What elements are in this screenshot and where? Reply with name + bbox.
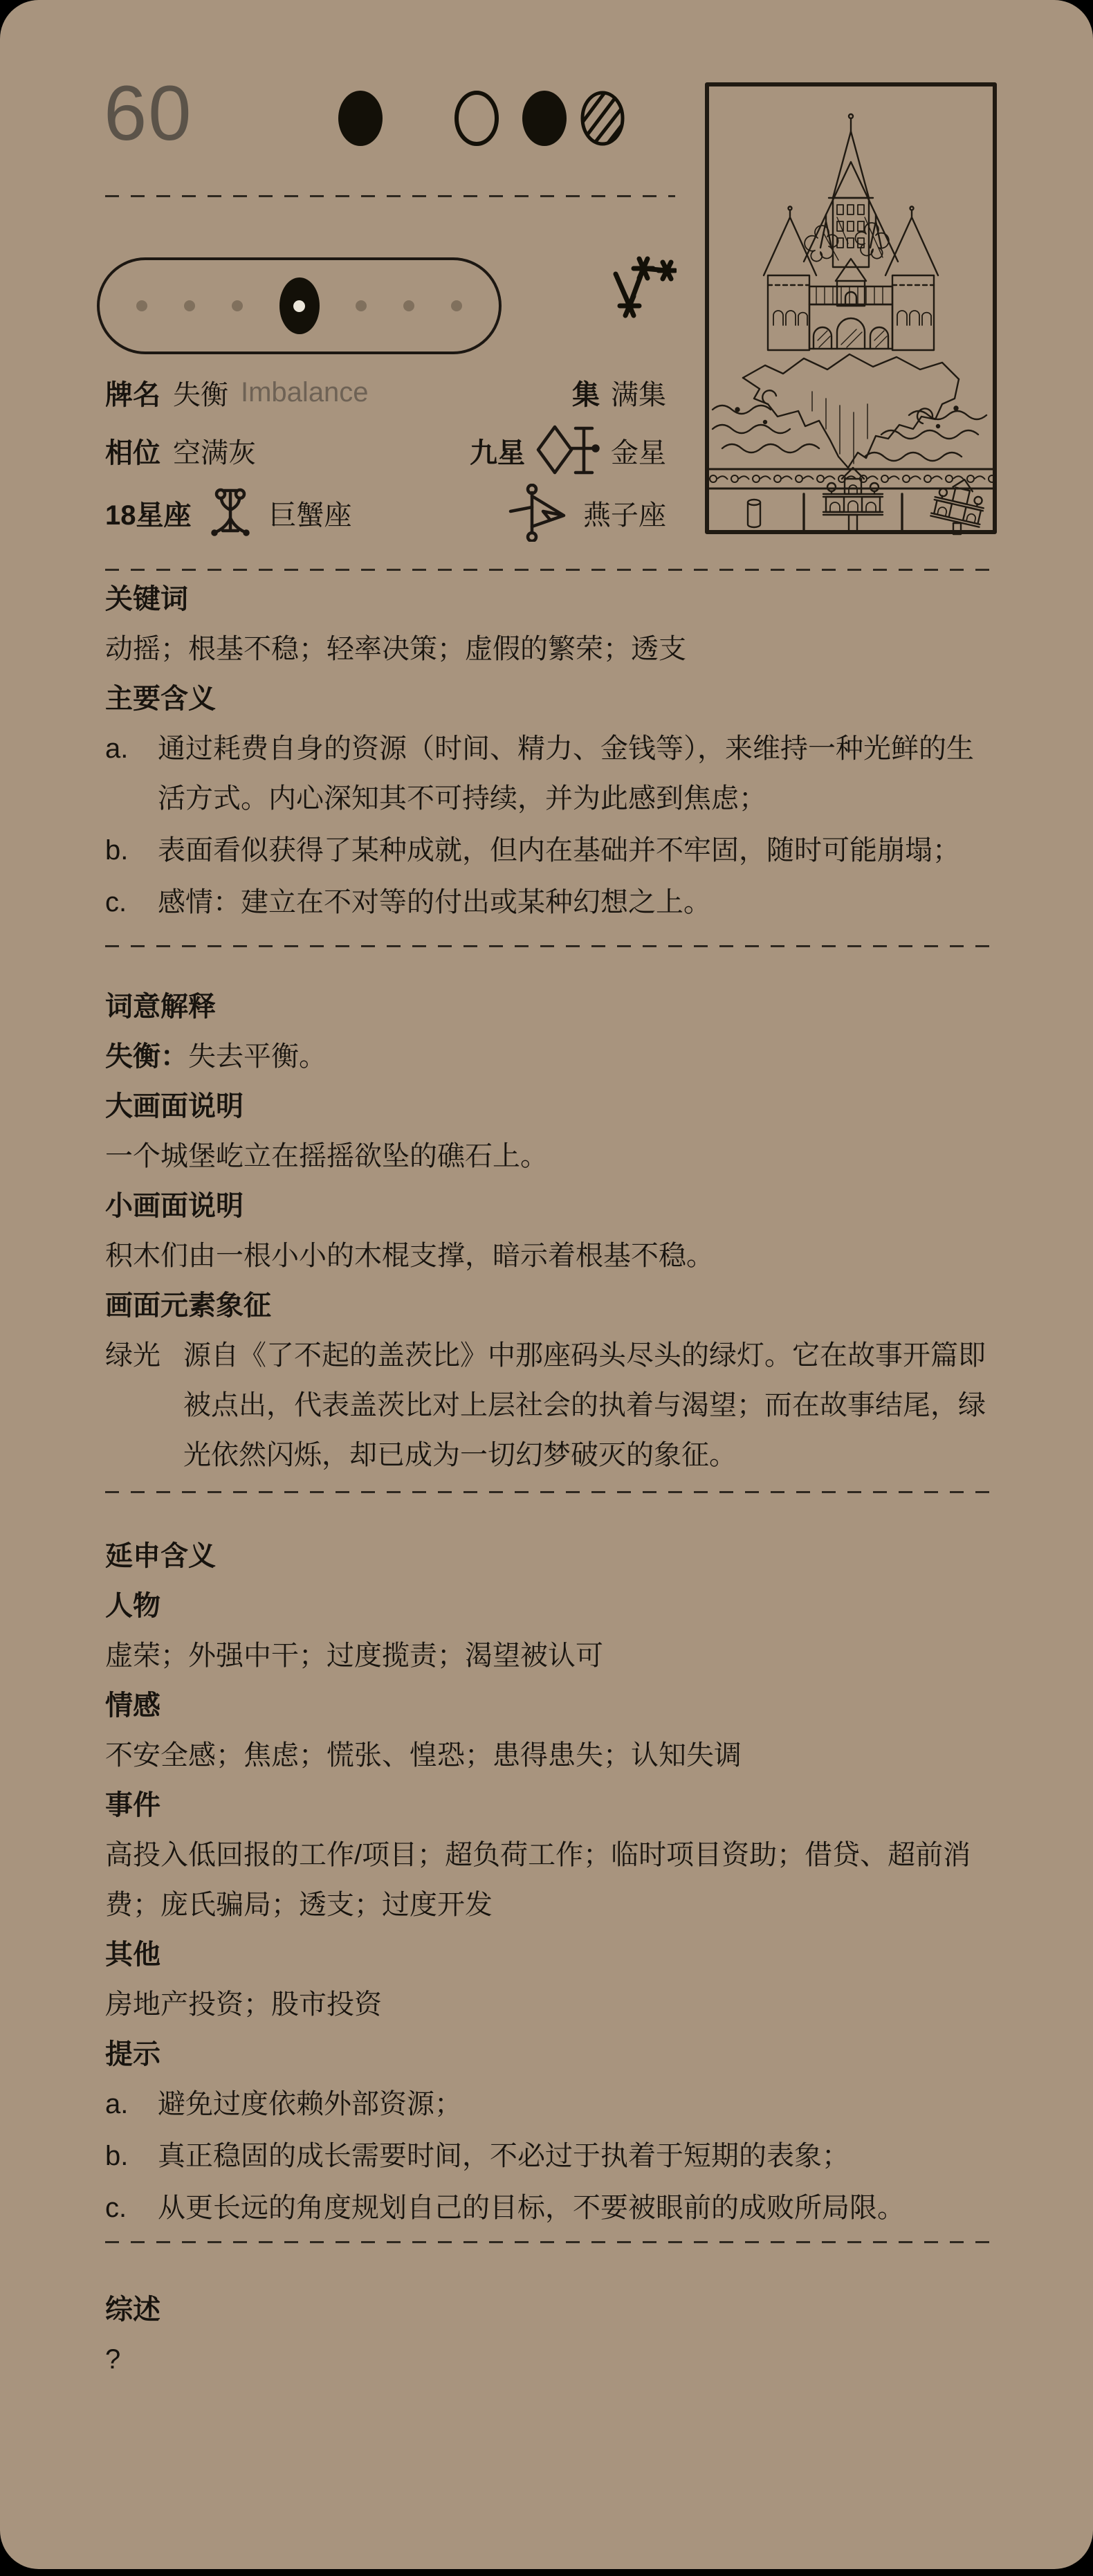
list-text: 从更长远的角度规划自己的目标，不要被眼前的成败所局限。 (158, 2183, 992, 2233)
outline-oval-icon (452, 89, 501, 148)
summary-body: ? (105, 2335, 992, 2384)
filled-oval-icon (336, 89, 385, 148)
list-text: 真正稳固的成长需要时间，不必过于执着于短期的表象； (158, 2131, 992, 2181)
progress-dot (136, 300, 147, 311)
list-item: a. 避免过度依赖外部资源； (105, 2079, 992, 2129)
list-marker: c. (105, 877, 158, 927)
hatched-oval-icon (578, 89, 627, 148)
dashed-separator (105, 945, 992, 947)
field-value: 失衡 (173, 373, 228, 412)
constellation-icon (599, 246, 677, 324)
cancer-figure-icon (204, 485, 257, 540)
list-item: b. 表面看似获得了某种成就，但内在基础并不牢固，随时可能崩塌； (105, 825, 992, 875)
dashed-separator (105, 2241, 992, 2243)
field-value-en: Imbalance (241, 377, 369, 408)
section-heading-keywords: 关键词 (105, 574, 992, 624)
keywords-body: 动摇；根基不稳；轻率决策；虚假的繁荣；透支 (105, 624, 992, 674)
venus-symbol-icon (536, 425, 600, 476)
section-heading-small-picture: 小画面说明 (105, 1181, 992, 1231)
progress-dot-active-center (293, 300, 305, 312)
list-text: 通过耗费自身的资源（时间、精力、金钱等），来维持一种光鲜的生活方式。内心深知其不… (158, 724, 992, 823)
field-value: 满集 (611, 373, 666, 412)
section-heading-extended: 延申含义 (105, 1531, 992, 1581)
filled-oval-icon (520, 89, 569, 148)
list-marker: a. (105, 724, 158, 823)
dashed-separator-top (105, 195, 675, 197)
field-label: 牌名 (105, 373, 160, 412)
people-body: 虚荣；外强中干；过度揽责；渴望被认可 (105, 1631, 992, 1681)
subsection-heading-events: 事件 (105, 1780, 992, 1830)
list-marker: b. (105, 825, 158, 875)
events-body: 高投入低回报的工作/项目；超负荷工作；临时项目资助；借贷、超前消费；庞氏骗局；透… (105, 1830, 992, 1930)
symbolism-text: 源自《了不起的盖茨比》中那座码头尽头的绿灯。它在故事开篇即被点出，代表盖茨比对上… (183, 1331, 992, 1480)
list-item: b. 真正稳固的成长需要时间，不必过于执着于短期的表象； (105, 2131, 992, 2181)
card-illustration (701, 79, 1000, 538)
small-picture-body: 积木们由一根小小的木棍支撑，暗示着根基不稳。 (105, 1231, 992, 1281)
card-detail-page: 60 (0, 0, 1093, 2569)
card-description: 关键词 动摇；根基不稳；轻率决策；虚假的繁荣；透支 主要含义 a. 通过耗费自身… (105, 574, 992, 2384)
big-picture-body: 一个城堡屹立在摇摇欲坠的礁石上。 (105, 1131, 992, 1181)
symbolism-row: 绿光 源自《了不起的盖茨比》中那座码头尽头的绿灯。它在故事开篇即被点出，代表盖茨… (105, 1331, 992, 1480)
field-value: 燕子座 (583, 493, 666, 533)
progress-pill[interactable] (97, 257, 502, 354)
list-text: 表面看似获得了某种成就，但内在基础并不牢固，随时可能崩塌； (158, 825, 992, 875)
symbolism-term: 绿光 (105, 1331, 183, 1480)
section-heading-symbolism: 画面元素象征 (105, 1281, 992, 1331)
section-heading-main-meaning: 主要含义 (105, 674, 992, 724)
header: 60 (0, 0, 1093, 574)
field-label: 九星 (470, 431, 525, 471)
word-text: 失去平衡。 (188, 1041, 327, 1072)
card-number: 60 (104, 75, 193, 152)
other-body: 房地产投资；股市投资 (105, 1980, 992, 2029)
list-item: a. 通过耗费自身的资源（时间、精力、金钱等），来维持一种光鲜的生活方式。内心深… (105, 724, 992, 823)
progress-dot (403, 300, 414, 311)
progress-dot (356, 300, 367, 311)
section-heading-big-picture: 大画面说明 (105, 1081, 992, 1131)
subsection-heading-emotion: 情感 (105, 1681, 992, 1730)
emotion-body: 不安全感；焦虑；慌张、惶恐；患得患失；认知失调 (105, 1730, 992, 1780)
word-explanation-body: 失衡：失去平衡。 (105, 1032, 992, 1081)
field-value: 空满灰 (173, 431, 256, 471)
progress-dot (184, 300, 195, 311)
list-marker: c. (105, 2183, 158, 2233)
dashed-separator (105, 1491, 992, 1493)
section-heading-word-explanation: 词意解释 (105, 982, 992, 1032)
list-marker: b. (105, 2131, 158, 2181)
swallow-flag-icon (508, 484, 572, 542)
list-text: 感情：建立在不对等的付出或某种幻想之上。 (158, 877, 992, 927)
progress-dot-active (279, 277, 320, 334)
list-item: c. 感情：建立在不对等的付出或某种幻想之上。 (105, 877, 992, 927)
field-label: 集 (572, 373, 600, 412)
field-value: 巨蟹座 (269, 493, 352, 533)
list-item: c. 从更长远的角度规划自己的目标，不要被眼前的成败所局限。 (105, 2183, 992, 2233)
section-heading-summary: 综述 (105, 2285, 992, 2335)
field-label: 相位 (105, 431, 160, 471)
section-heading-tips: 提示 (105, 2029, 992, 2079)
field-value: 金星 (611, 431, 666, 471)
subsection-heading-other: 其他 (105, 1930, 992, 1980)
field-label: 18星座 (105, 493, 192, 533)
progress-dot (232, 300, 243, 311)
list-text: 避免过度依赖外部资源； (158, 2079, 992, 2129)
word-term: 失衡： (105, 1041, 188, 1072)
list-marker: a. (105, 2079, 158, 2129)
subsection-heading-people: 人物 (105, 1581, 992, 1631)
dashed-separator (105, 569, 992, 571)
progress-dot (451, 300, 462, 311)
